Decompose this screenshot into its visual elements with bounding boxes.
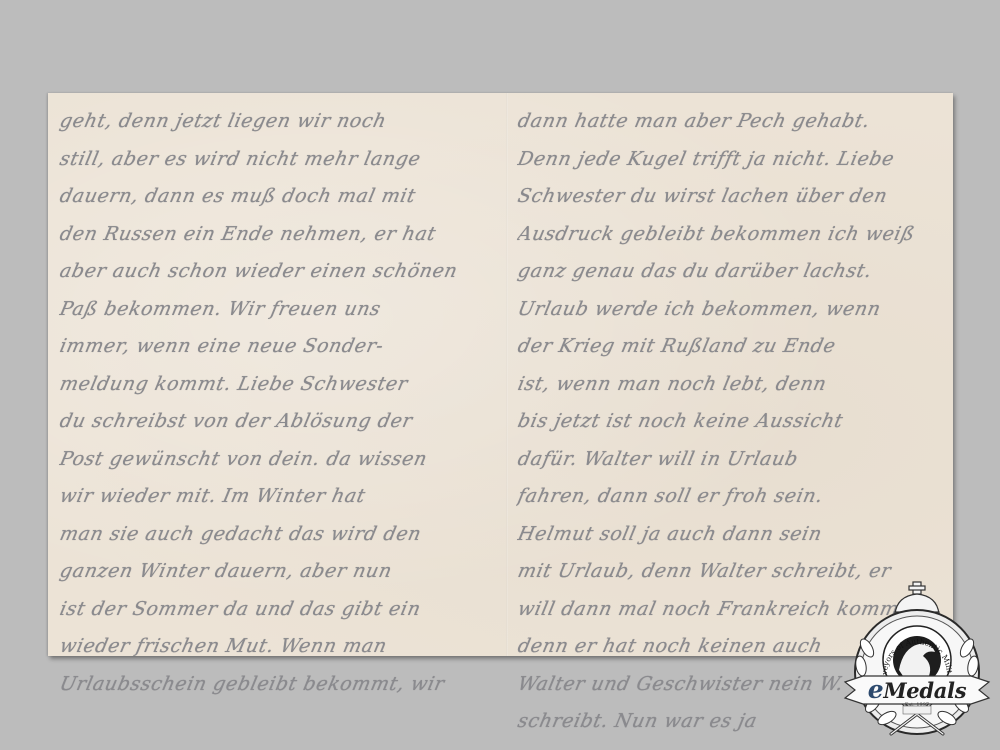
- handwritten-line: still, aber es wird nicht mehr lange: [56, 141, 504, 179]
- handwritten-line: den Russen ein Ende nehmen, er hat: [56, 216, 504, 254]
- handwritten-line: wir wieder mit. Im Winter hat: [56, 478, 504, 516]
- emedals-crest-icon: Purveyors of Authentic Militaria: [843, 578, 991, 742]
- handwritten-line: ganzen Winter dauern, aber nun: [56, 553, 504, 591]
- handwritten-line: geht, denn jetzt liegen wir noch: [56, 103, 504, 141]
- handwritten-line: der Krieg mit Rußland zu Ende: [514, 328, 947, 366]
- handwritten-line: bis jetzt ist noch keine Aussicht: [514, 403, 947, 441]
- handwritten-line: man sie auch gedacht das wird den: [56, 516, 504, 554]
- handwritten-line: Helmut soll ja auch dann sein: [514, 516, 947, 554]
- handwritten-line: immer, wenn eine neue Sonder-: [56, 328, 504, 366]
- handwritten-line: ist, wenn man noch lebt, denn: [514, 366, 947, 404]
- left-page: geht, denn jetzt liegen wir noch still, …: [60, 103, 500, 703]
- handwritten-line: Ausdruck gebleibt bekommen ich weiß: [514, 216, 947, 254]
- handwritten-line: Denn jede Kugel trifft ja nicht. Liebe: [514, 141, 947, 179]
- handwritten-line: Urlaubsschein gebleibt bekommt, wir: [56, 666, 504, 704]
- handwritten-line: Post gewünscht von dein. da wissen: [56, 441, 504, 479]
- handwritten-line: ist der Sommer da und das gibt ein: [56, 591, 504, 629]
- center-fold: [506, 93, 508, 656]
- handwritten-line: wieder frischen Mut. Wenn man: [56, 628, 504, 666]
- handwritten-line: Paß bekommen. Wir freuen uns: [56, 291, 504, 329]
- handwritten-line: fahren, dann soll er froh sein.: [514, 478, 947, 516]
- handwritten-line: Urlaub werde ich bekommen, wenn: [514, 291, 947, 329]
- letter-sheet: geht, denn jetzt liegen wir noch still, …: [48, 93, 953, 656]
- emedals-watermark: Purveyors of Authentic Militaria eMedals…: [843, 578, 991, 742]
- photo-stage: geht, denn jetzt liegen wir noch still, …: [0, 0, 1000, 750]
- handwritten-line: Schwester du wirst lachen über den: [514, 178, 947, 216]
- handwritten-line: aber auch schon wieder einen schönen: [56, 253, 504, 291]
- handwritten-line: ganz genau das du darüber lachst.: [514, 253, 947, 291]
- handwritten-line: dann hatte man aber Pech gehabt.: [514, 103, 947, 141]
- handwritten-line: dauern, dann es muß doch mal mit: [56, 178, 504, 216]
- handwritten-line: du schreibst von der Ablösung der: [56, 403, 504, 441]
- handwritten-line: meldung kommt. Liebe Schwester: [56, 366, 504, 404]
- handwritten-line: dafür. Walter will in Urlaub: [514, 441, 947, 479]
